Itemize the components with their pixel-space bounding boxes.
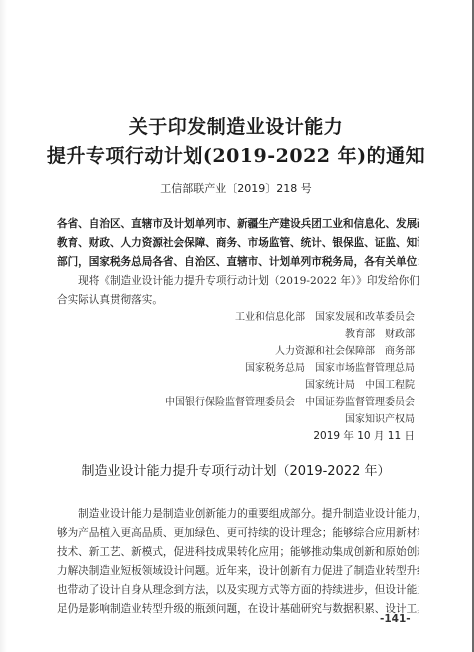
signatory-line: 中国银行保险监督管理委员会 中国证券监督管理委员会 [165, 394, 415, 411]
signatory-line: 工业和信息化部 国家发展和改革委员会 [165, 309, 415, 326]
signatory-line: 国家知识产权局 [165, 411, 415, 428]
body-line: 力解决制造业短板领域设计问题。近年来，设计创新有力促进了制造业转型升级， [57, 562, 419, 581]
signatory-block: 工业和信息化部 国家发展和改革委员会 教育部 财政部 人力资源和社会保障部 商务… [165, 309, 415, 445]
plan-subtitle: 制造业设计能力提升专项行动计划（2019-2022 年） [0, 460, 472, 479]
signatory-line: 国家统计局 中国工程院 [165, 377, 415, 394]
notice-paragraph: 现将《制造业设计能力提升专项行动计划（2019-2022 年）》印发给你们，请结… [57, 272, 419, 310]
document-page: 关于印发制造业设计能力 提升专项行动计划(2019-2022 年)的通知 工信部… [0, 0, 474, 652]
page-edge-shadow [0, 0, 7, 652]
page-number: -141- [380, 613, 411, 625]
addressee-line: 教育、财政、人力资源社会保障、商务、市场监管、统计、银保监、证监、知识产权主管 [57, 234, 419, 253]
signatory-line: 人力资源和社会保障部 商务部 [165, 343, 415, 360]
signatory-line: 教育部 财政部 [165, 326, 415, 343]
notice-line: 现将《制造业设计能力提升专项行动计划（2019-2022 年）》印发给你们，请结 [57, 272, 419, 291]
body-line: 够为产品植入更高品质、更加绿色、更可持续的设计理念；能够综合应用新材料、新 [57, 524, 419, 543]
body-paragraph: 制造业设计能力是制造业创新能力的重要组成部分。提升制造业设计能力，能 够为产品植… [57, 505, 419, 619]
body-line: 足仍是影响制造业转型升级的瓶颈问题，在设计基础研究与数据积累、设计工具与 [57, 600, 419, 619]
notice-line: 合实际认真贯彻落实。 [57, 291, 419, 310]
body-line: 也带动了设计自身从理念到方法，以及实现方式等方面的持续进步，但设计能力不 [57, 581, 419, 600]
addressee-line: 部门，国家税务总局各省、自治区、直辖市、计划单列市税务局，各有关单位： [57, 253, 419, 272]
issue-date: 2019 年 10 月 11 日 [165, 428, 415, 445]
notice-title-line-2: 提升专项行动计划(2019-2022 年)的通知 [0, 141, 472, 168]
document-number: 工信部联产业〔2019〕218 号 [0, 180, 472, 196]
body-line: 技术、新工艺、新模式，促进科技成果转化应用；能够推动集成创新和原始创新，助 [57, 543, 419, 562]
notice-title-line-1: 关于印发制造业设计能力 [0, 112, 472, 139]
addressee-block: 各省、自治区、直辖市及计划单列市、新疆生产建设兵团工业和信息化、发展改革、 教育… [57, 215, 419, 272]
body-line: 制造业设计能力是制造业创新能力的重要组成部分。提升制造业设计能力，能 [57, 505, 419, 524]
addressee-line: 各省、自治区、直辖市及计划单列市、新疆生产建设兵团工业和信息化、发展改革、 [57, 215, 419, 234]
signatory-line: 国家税务总局 国家市场监督管理总局 [165, 360, 415, 377]
